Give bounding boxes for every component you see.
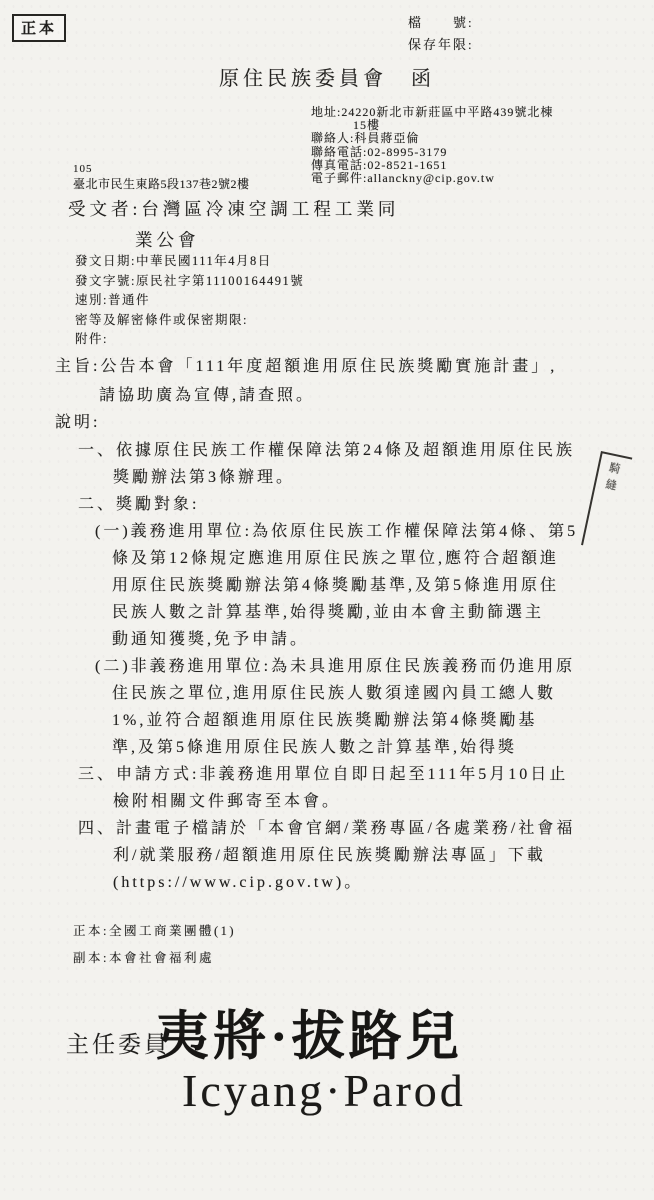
recipient-name-block: 受文者:台灣區冷凍空調工程工業同 業公會	[68, 194, 399, 256]
meta-line: 速別:普通件	[75, 291, 304, 311]
sender-phone: 聯絡電話:02-8995-3179	[311, 146, 553, 159]
explanation-items: 一、依據原住民族工作權保障法第24條及超額進用原住民族獎勵辦法第3條辦理。二、獎…	[0, 437, 654, 896]
item-marker: 四、	[78, 820, 116, 837]
item-line: 住民族之單位,進用原住民族人數須達國內員工總人數	[0, 680, 654, 707]
explanation-item: 三、申請方式:非義務進用單位自即日起至111年5月10日止檢附相關文件郵寄至本會…	[0, 761, 654, 815]
item-line: (https://www.cip.gov.tw)。	[0, 869, 654, 896]
signer-name-romanized: Icyang·Parod	[182, 1064, 466, 1117]
sender-email: 電子郵件:allanckny@cip.gov.tw	[311, 172, 553, 185]
subject-label: 主旨:	[55, 358, 100, 375]
item-line: 利/就業服務/超額進用原住民族獎勵辦法專區」下載	[0, 842, 654, 869]
signer-title: 主任委員	[66, 1026, 170, 1059]
explanation-item: 二、獎勵對象:	[0, 491, 654, 518]
item-line: 條及第12條規定應進用原住民族之單位,應符合超額進	[0, 545, 654, 572]
recipient-street-address: 臺北市民生東路5段137巷2號2樓	[73, 177, 250, 192]
item-first-line: (一)義務進用單位:為依原住民族工作權保障法第4條、第5	[0, 518, 654, 545]
meta-line: 發文字號:原民社字第11100164491號	[75, 272, 304, 292]
explanation-item: 四、計畫電子檔請於「本會官網/業務專區/各處業務/社會福利/就業服務/超額進用原…	[0, 815, 654, 896]
copies-block: 正本:全國工商業團體(1) 副本:本會社會福利處	[73, 918, 236, 971]
item-marker: (二)	[95, 658, 131, 675]
item-marker: 三、	[78, 766, 116, 783]
recipient-postal-block: 105 臺北市民生東路5段137巷2號2樓	[73, 162, 250, 192]
item-text: 義務進用單位:為依原住民族工作權保障法第4條、第5	[131, 523, 578, 540]
subject-block: 主旨:公告本會「111年度超額進用原住民族獎勵實施計畫」, 請協助廣為宣傳,請查…	[0, 352, 654, 410]
meta-block: 發文日期:中華民國111年4月8日發文字號:原民社字第11100164491號速…	[75, 252, 304, 350]
item-marker: (一)	[95, 523, 131, 540]
item-line: 1%,並符合超額進用原住民族獎勵辦法第4條獎勵基	[0, 707, 654, 734]
meta-line: 密等及解密條件或保密期限:	[75, 311, 304, 331]
sender-contact-block: 地址:24220新北市新莊區中平路439號北棟 15樓 聯絡人:科員蔣亞倫 聯絡…	[311, 106, 553, 185]
cc-copy-line: 副本:本會社會福利處	[73, 945, 236, 972]
item-first-line: 四、計畫電子檔請於「本會官網/業務專區/各處業務/社會福	[0, 815, 654, 842]
copy-type-stamp: 正本	[12, 14, 66, 42]
subject-text-line1: 公告本會「111年度超額進用原住民族獎勵實施計畫」,	[100, 358, 557, 375]
explanation-item: 一、依據原住民族工作權保障法第24條及超額進用原住民族獎勵辦法第3條辦理。	[0, 437, 654, 491]
signer-name: 夷將·拔路兒	[156, 994, 463, 1070]
item-line: 用原住民族獎勵辦法第4條獎勵基準,及第5條進用原住	[0, 572, 654, 599]
subject-line1: 主旨:公告本會「111年度超額進用原住民族獎勵實施計畫」,	[0, 352, 654, 381]
original-copy-line: 正本:全國工商業團體(1)	[73, 918, 236, 945]
page-joint-stamp-text: 騎縫	[600, 460, 623, 497]
meta-line: 附件:	[75, 330, 304, 350]
item-text: 非義務進用單位:為未具進用原住民族義務而仍進用原	[131, 658, 575, 675]
item-line: 準,及第5條進用原住民族人數之計算基準,始得獎	[0, 734, 654, 761]
item-line: 動通知獲獎,免予申請。	[0, 626, 654, 653]
recipient-postal-code: 105	[73, 162, 250, 177]
item-text: 計畫電子檔請於「本會官網/業務專區/各處業務/社會福	[116, 820, 575, 837]
item-first-line: 三、申請方式:非義務進用單位自即日起至111年5月10日止	[0, 761, 654, 788]
file-number-label: 檔 號:	[408, 12, 474, 34]
item-text: 申請方式:非義務進用單位自即日起至111年5月10日止	[116, 766, 568, 783]
item-text: 獎勵對象:	[116, 496, 199, 513]
item-line: 檢附相關文件郵寄至本會。	[0, 788, 654, 815]
item-marker: 一、	[78, 442, 116, 459]
meta-line: 發文日期:中華民國111年4月8日	[75, 252, 304, 272]
item-text: 依據原住民族工作權保障法第24條及超額進用原住民族	[116, 442, 575, 459]
item-marker: 二、	[78, 496, 116, 513]
explanation-label: 說明:	[55, 409, 100, 432]
explanation-item: (二)非義務進用單位:為未具進用原住民族義務而仍進用原住民族之單位,進用原住民族…	[0, 653, 654, 761]
item-first-line: 二、獎勵對象:	[0, 491, 654, 518]
item-line: 民族人數之計算基準,始得獎勵,並由本會主動篩選主	[0, 599, 654, 626]
retention-period-label: 保存年限:	[408, 34, 474, 56]
explanation-item: (一)義務進用單位:為依原住民族工作權保障法第4條、第5條及第12條規定應進用原…	[0, 518, 654, 653]
sender-address-line1: 地址:24220新北市新莊區中平路439號北棟	[311, 106, 553, 119]
scanned-letter-page: 正本 檔 號: 保存年限: 原住民族委員會 函 地址:24220新北市新莊區中平…	[0, 0, 654, 1200]
recipient-line1: 受文者:台灣區冷凍空調工程工業同	[68, 194, 399, 225]
file-reference-block: 檔 號: 保存年限:	[408, 12, 474, 56]
document-title: 原住民族委員會 函	[0, 62, 654, 91]
subject-line2: 請協助廣為宣傳,請查照。	[0, 381, 654, 410]
sender-contact-person: 聯絡人:科員蔣亞倫	[311, 132, 553, 145]
item-line: 獎勵辦法第3條辦理。	[0, 464, 654, 491]
item-first-line: 一、依據原住民族工作權保障法第24條及超額進用原住民族	[0, 437, 654, 464]
item-first-line: (二)非義務進用單位:為未具進用原住民族義務而仍進用原	[0, 653, 654, 680]
